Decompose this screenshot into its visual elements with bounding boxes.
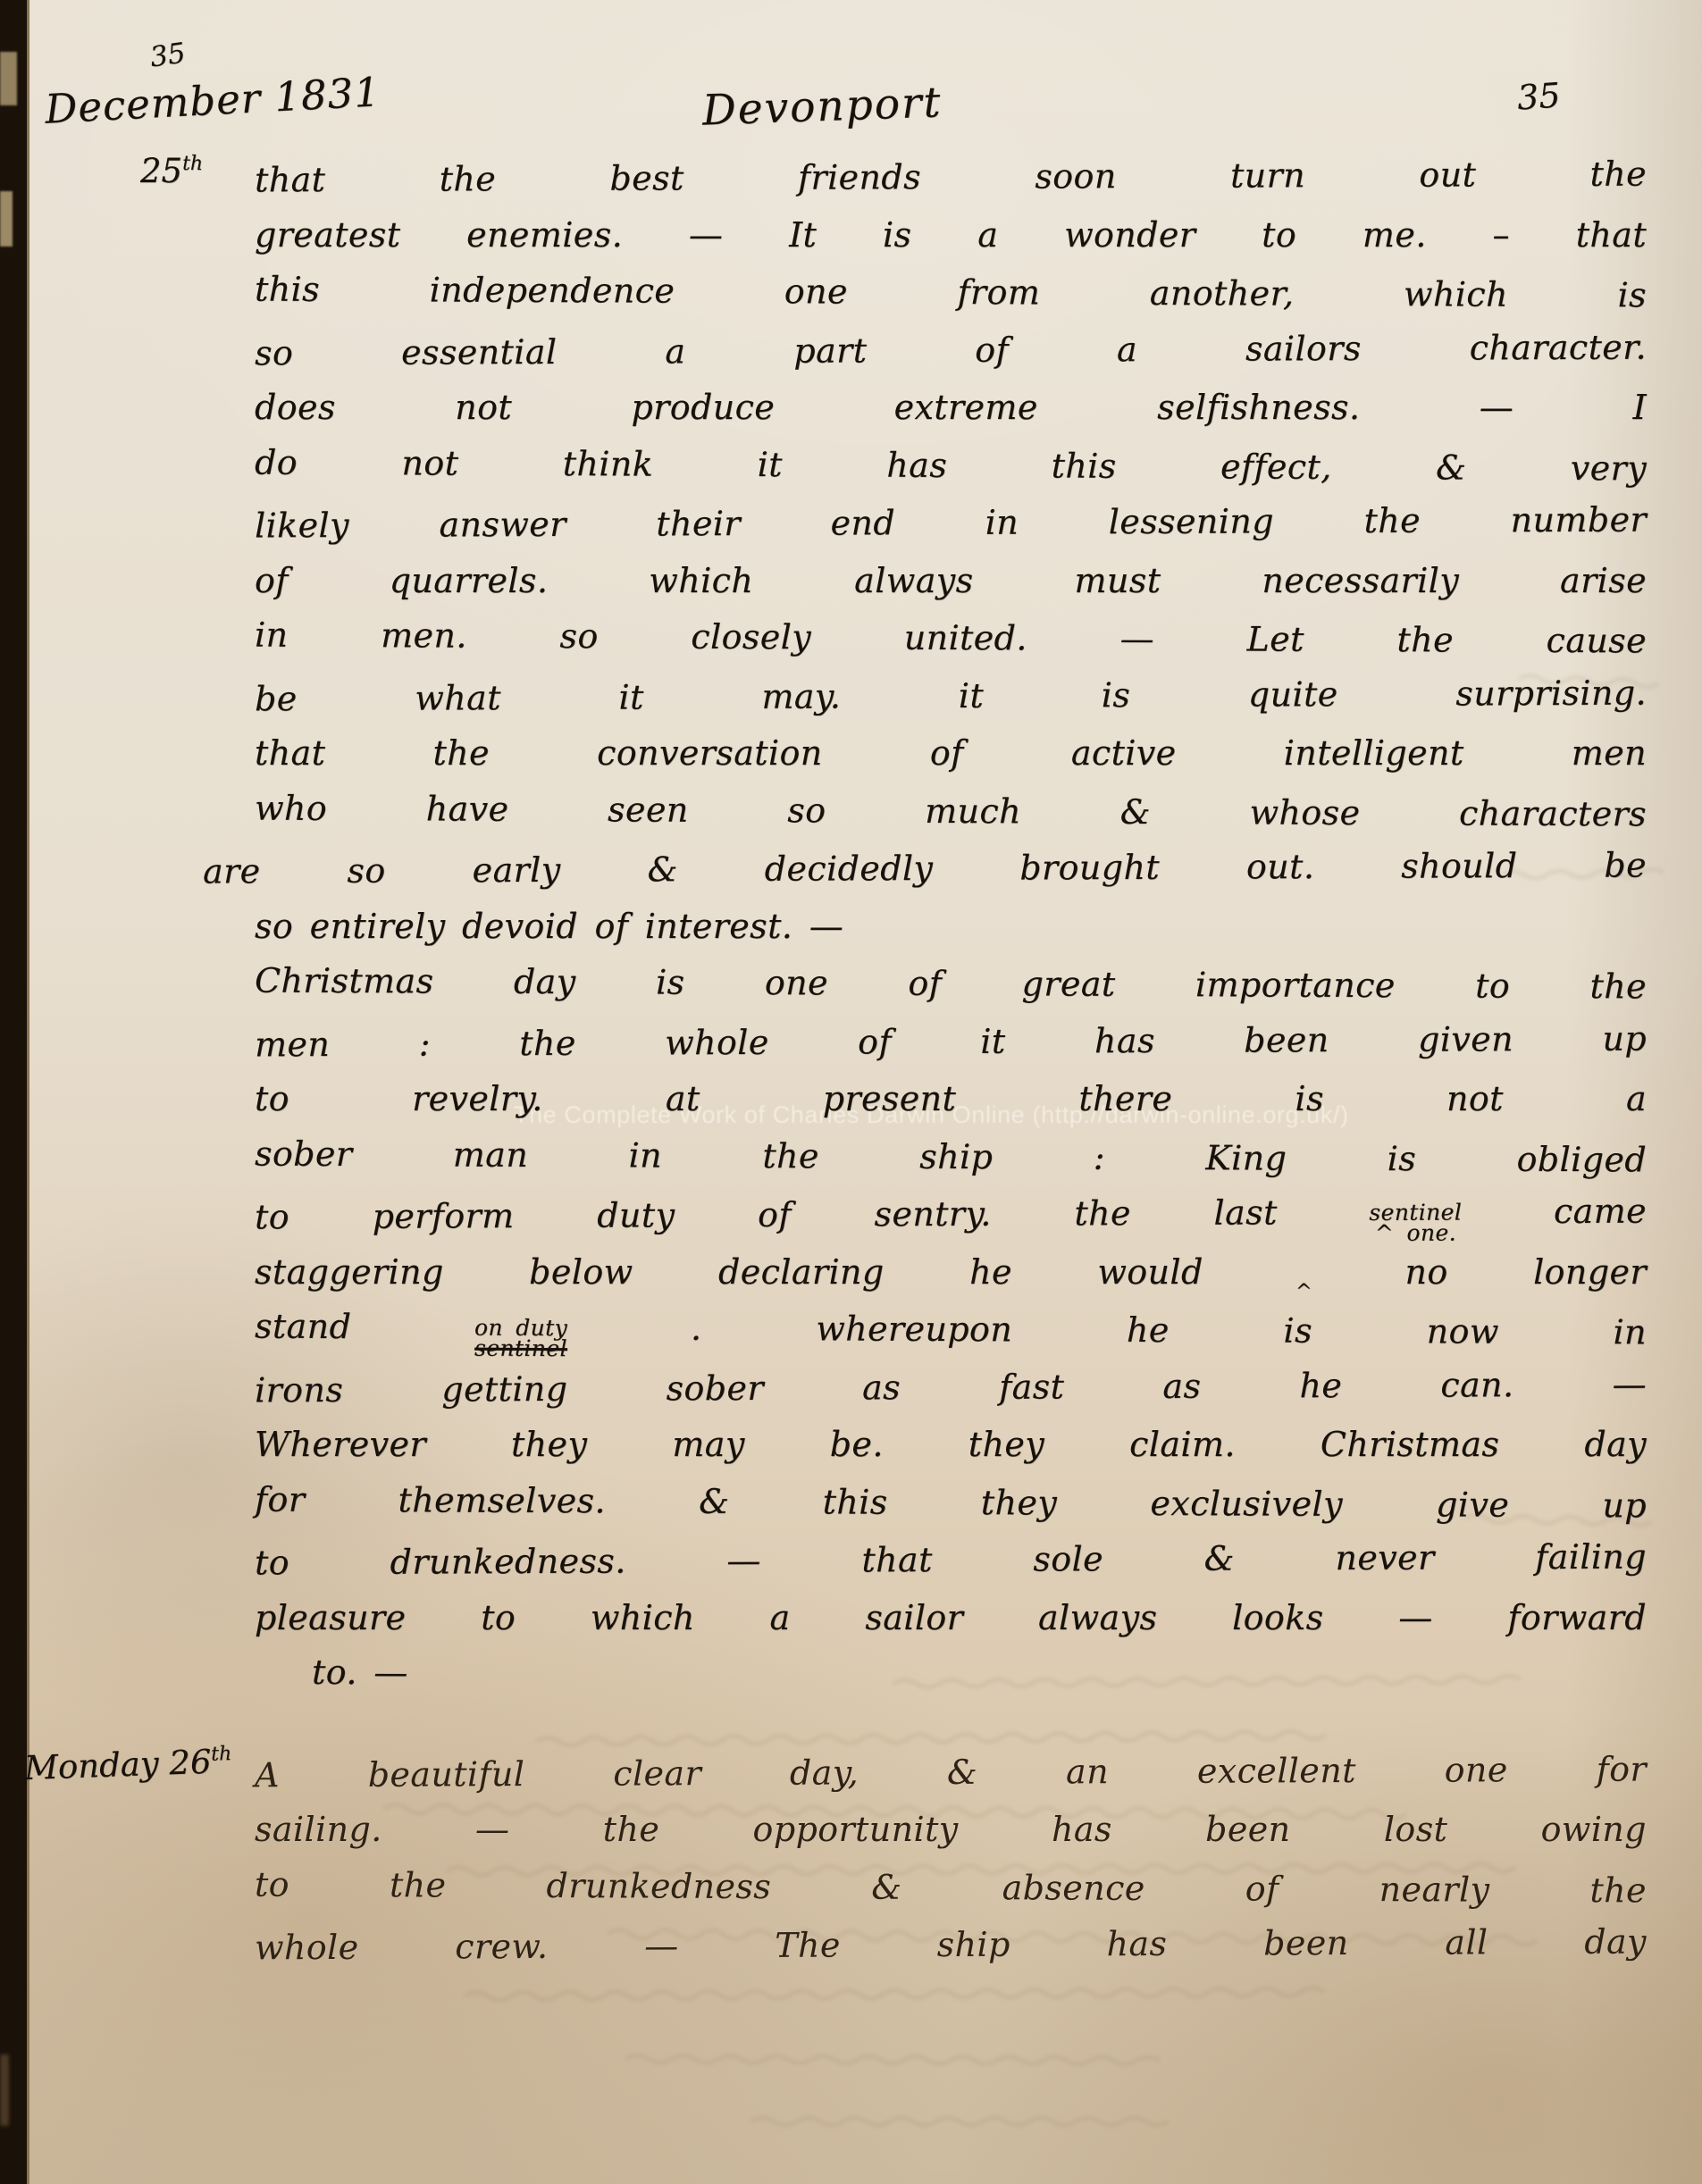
manuscript-line: so entirely devoid of interest. — bbox=[255, 898, 1647, 956]
line-segment: staggering below declaring he would bbox=[255, 1252, 1288, 1292]
line-segment: likely answer their end in lessening the… bbox=[255, 500, 1647, 546]
manuscript-line: to revelry. at present there is not a bbox=[255, 1070, 1647, 1128]
caret-mark: ^ bbox=[1295, 1281, 1312, 1303]
book-edge-notch bbox=[0, 191, 13, 247]
manuscript-line: to. — bbox=[255, 1644, 1647, 1707]
line-segment: that the conversation of active intellig… bbox=[255, 733, 1647, 773]
manuscript-line: that the conversation of active intellig… bbox=[255, 724, 1647, 782]
diary-entry-december-26: Monday 26th A beautiful clear day, & an … bbox=[255, 1744, 1647, 1974]
line-segment: for themselves. & this they exclusively … bbox=[255, 1479, 1647, 1525]
manuscript-line: of quarrels. which always must necessari… bbox=[255, 552, 1647, 610]
line-segment: to drunkedness. — that sole & never fail… bbox=[255, 1537, 1647, 1583]
line-segment: whole crew. — The ship has been all day bbox=[255, 1922, 1647, 1968]
manuscript-line: that the best friends soon turn out the bbox=[255, 146, 1647, 209]
line-segment: . whereupon he is now in bbox=[576, 1308, 1647, 1351]
manuscript-line: likely answer their end in lessening the… bbox=[255, 491, 1647, 555]
manuscript-line: in men. so closely united. — Let the cau… bbox=[255, 607, 1647, 670]
folio-number-small: 35 bbox=[148, 37, 188, 73]
manuscript-line: for themselves. & this they exclusively … bbox=[255, 1470, 1647, 1534]
entry-lines: A beautiful clear day, & an excellent on… bbox=[255, 1744, 1647, 1974]
manuscript-line: Christmas day is one of great importance… bbox=[255, 952, 1647, 1016]
line-segment: to revelry. at present there is not a bbox=[255, 1079, 1647, 1118]
entry-date: 25 bbox=[140, 152, 182, 190]
entry-date-ordinal: th bbox=[211, 1742, 232, 1765]
line-segment: does not produce extreme selfishness. — … bbox=[255, 388, 1647, 427]
entry-date: Monday 26 bbox=[23, 1742, 212, 1787]
line-segment: who have seen so much & whose characters bbox=[255, 788, 1647, 833]
line-segment: are so early & decidedly brought out. sh… bbox=[203, 845, 1647, 891]
entry-lines: that the best friends soon turn out the … bbox=[255, 148, 1647, 1704]
manuscript-line: are so early & decidedly brought out. sh… bbox=[203, 836, 1647, 900]
line-segment: in men. so closely united. — Let the cau… bbox=[255, 615, 1647, 661]
diary-entry-december-25: 25th that the best friends soon turn out… bbox=[255, 148, 1647, 1704]
manuscript-page: 35 December 1831 Devonport 35 The Comple… bbox=[0, 0, 1702, 2184]
line-segment: be what it may. it is quite surprising. bbox=[255, 673, 1647, 718]
date-heading: December 1831 bbox=[44, 68, 381, 133]
line-segment: do not think it has this effect, & very bbox=[255, 442, 1647, 488]
place-heading: Devonport bbox=[701, 78, 943, 135]
book-edge bbox=[0, 0, 29, 2184]
manuscript-line: who have seen so much & whose characters bbox=[255, 779, 1647, 842]
manuscript-line: to the drunkedness & absence of nearly t… bbox=[255, 1855, 1647, 1919]
diary-text-block: 25th that the best friends soon turn out… bbox=[255, 148, 1647, 1974]
inserted-text-stack: sentinel^ one. bbox=[1369, 1202, 1462, 1243]
manuscript-line: irons getting sober as fast as he can. — bbox=[255, 1355, 1647, 1418]
line-segment: no longer bbox=[1320, 1252, 1647, 1292]
struck-text: sentinel bbox=[474, 1338, 567, 1359]
manuscript-line: pleasure to which a sailor always looks … bbox=[255, 1589, 1647, 1647]
manuscript-line: does not produce extreme selfishness. — … bbox=[255, 379, 1647, 437]
book-edge-notch bbox=[0, 52, 17, 105]
line-segment: to the drunkedness & absence of nearly t… bbox=[255, 1864, 1647, 1910]
line-segment: came bbox=[1471, 1192, 1647, 1232]
manuscript-line: sailing. — the opportunity has been lost… bbox=[255, 1801, 1647, 1859]
line-segment: Christmas day is one of great importance… bbox=[255, 961, 1647, 1007]
manuscript-line: sober man in the ship : King is obliged bbox=[255, 1125, 1647, 1188]
line-segment: to perform duty of sentry. the last bbox=[255, 1192, 1361, 1236]
line-segment: that the best friends soon turn out the bbox=[255, 155, 1647, 200]
line-segment: sailing. — the opportunity has been lost… bbox=[255, 1810, 1647, 1849]
line-segment: sober man in the ship : King is obliged bbox=[255, 1134, 1647, 1179]
manuscript-line: Wherever they may be. they claim. Christ… bbox=[255, 1416, 1647, 1474]
line-segment: A beautiful clear day, & an excellent on… bbox=[255, 1749, 1647, 1795]
ghost-stroke bbox=[750, 2118, 1169, 2125]
manuscript-line: stand on dutysentinel . whereupon he is … bbox=[255, 1298, 1647, 1361]
manuscript-line: so essential a part of a sailors charact… bbox=[255, 318, 1647, 381]
page-number-top-right: 35 bbox=[1516, 75, 1562, 117]
book-edge-notch bbox=[0, 2054, 9, 2126]
inserted-text: ^ one. bbox=[1375, 1223, 1456, 1243]
entry-date-margin-label: Monday 26th bbox=[23, 1741, 232, 1787]
inserted-text-stack: on dutysentinel bbox=[474, 1318, 567, 1359]
line-segment: of quarrels. which always must necessari… bbox=[255, 561, 1647, 600]
manuscript-line: A beautiful clear day, & an excellent on… bbox=[255, 1740, 1647, 1803]
manuscript-line: staggering below declaring he would ^ no… bbox=[255, 1243, 1647, 1301]
line-segment: this independence one from another, whic… bbox=[255, 270, 1647, 315]
ghost-stroke bbox=[625, 2055, 1160, 2064]
manuscript-line: greatest enemies. — It is a wonder to me… bbox=[255, 206, 1647, 264]
line-segment: so entirely devoid of interest. — bbox=[255, 907, 843, 946]
line-segment: to. — bbox=[312, 1653, 408, 1692]
line-segment: men : the whole of it has been given up bbox=[255, 1018, 1647, 1064]
line-segment: irons getting sober as fast as he can. — bbox=[255, 1364, 1647, 1410]
line-segment: stand bbox=[255, 1307, 465, 1347]
entry-date-margin-label: 25th bbox=[140, 152, 203, 190]
line-segment: Wherever they may be. they claim. Christ… bbox=[255, 1425, 1647, 1464]
manuscript-line: this independence one from another, whic… bbox=[255, 261, 1647, 324]
manuscript-line: to drunkedness. — that sole & never fail… bbox=[255, 1528, 1647, 1592]
manuscript-line: men : the whole of it has been given up bbox=[255, 1009, 1647, 1073]
manuscript-line: be what it may. it is quite surprising. bbox=[255, 664, 1647, 727]
ghost-stroke bbox=[465, 1987, 1324, 2000]
manuscript-line: whole crew. — The ship has been all day bbox=[255, 1913, 1647, 1977]
line-segment: greatest enemies. — It is a wonder to me… bbox=[255, 215, 1647, 255]
line-segment: pleasure to which a sailor always looks … bbox=[255, 1598, 1647, 1637]
line-segment: so essential a part of a sailors charact… bbox=[255, 327, 1647, 372]
entry-date-ordinal: th bbox=[182, 153, 203, 175]
manuscript-line: do not think it has this effect, & very bbox=[255, 433, 1647, 497]
manuscript-line: to perform duty of sentry. the last sent… bbox=[255, 1183, 1647, 1246]
